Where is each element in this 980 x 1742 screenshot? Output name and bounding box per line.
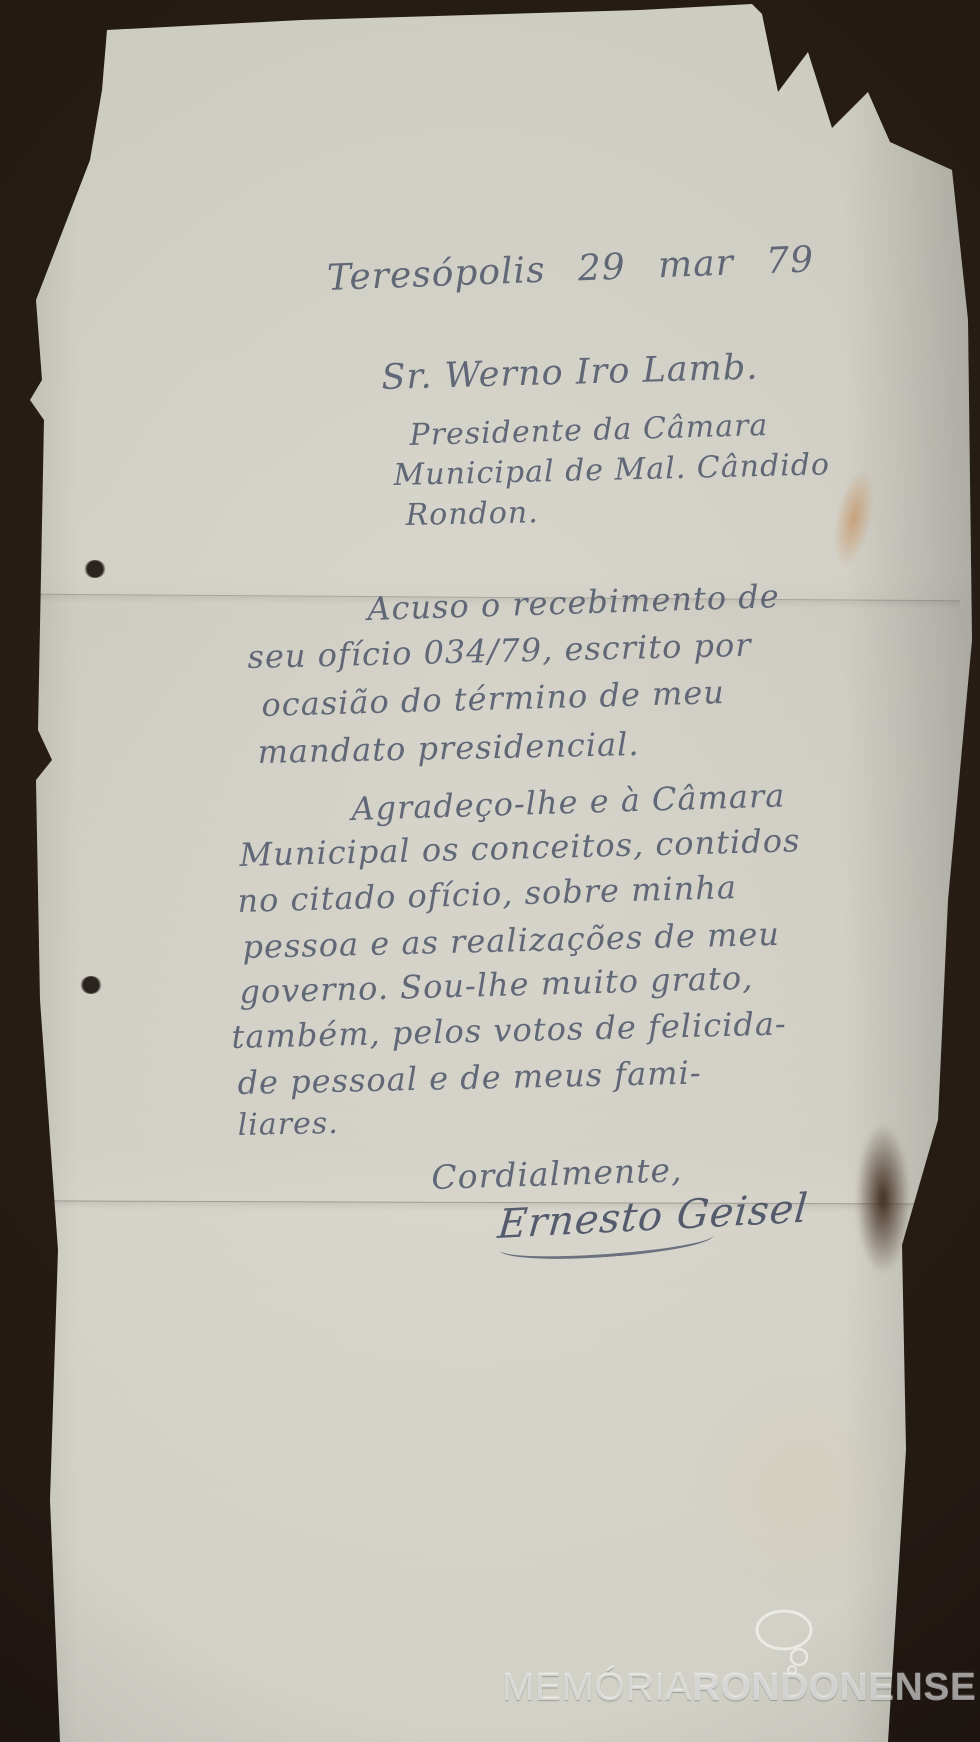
body-line: mandato presidencial. bbox=[257, 725, 640, 771]
body-line: Municipal os conceitos, contidos bbox=[239, 821, 801, 874]
closing-line: Cordialmente, bbox=[431, 1150, 683, 1197]
paper-stain bbox=[690, 1370, 910, 1610]
punch-hole-top bbox=[84, 560, 106, 578]
dateline: Teresópolis 29 mar 79 bbox=[326, 239, 814, 299]
body-line: liares. bbox=[237, 1106, 339, 1143]
body-line: pessoa e as realizações de meu bbox=[242, 915, 780, 966]
recipient-line: Municipal de Mal. Cândido bbox=[393, 447, 830, 493]
recipient-line: Sr. Werno Iro Lamb. bbox=[381, 347, 759, 398]
body-line: Agradeço-lhe e à Câmara bbox=[351, 776, 786, 828]
burn-mark-right-upper bbox=[826, 465, 882, 570]
recipient-line: Presidente da Câmara bbox=[409, 408, 769, 453]
burn-mark-right-lower bbox=[856, 1124, 910, 1274]
punch-hole-bottom bbox=[80, 976, 102, 994]
body-line: no citado ofício, sobre minha bbox=[237, 868, 737, 920]
body-line: de pessoal e de meus fami- bbox=[237, 1053, 702, 1102]
body-line: também, pelos votos de felicida- bbox=[231, 1004, 787, 1056]
body-line: governo. Sou-lhe muito grato, bbox=[239, 959, 754, 1011]
photo-background: Teresópolis 29 mar 79 Sr. Werno Iro Lamb… bbox=[0, 0, 980, 1742]
letter-paper: Teresópolis 29 mar 79 Sr. Werno Iro Lamb… bbox=[0, 0, 980, 1742]
body-line: Acuso o recebimento de bbox=[367, 577, 780, 628]
body-line: seu ofício 034/79, escrito por bbox=[247, 626, 752, 676]
body-line: ocasião do término de meu bbox=[261, 673, 725, 724]
recipient-line: Rondon. bbox=[405, 495, 539, 533]
